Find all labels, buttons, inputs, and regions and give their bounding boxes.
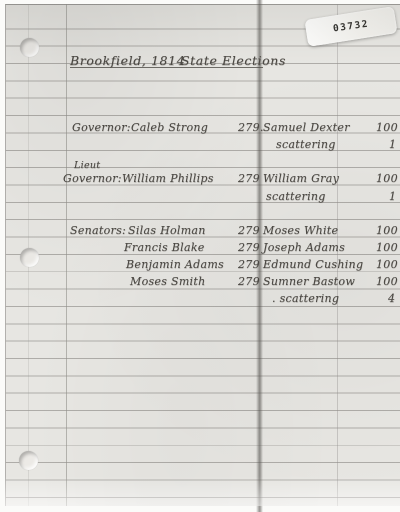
- candidate-name: William Phillips: [122, 172, 214, 185]
- title-underline: [70, 67, 263, 68]
- scanned-page: 03732 Brookfield, 1814 State Elections G…: [0, 0, 400, 512]
- office-label-lieut-governor: Governor:: [63, 172, 122, 185]
- candidate-name: Silas Holman: [128, 224, 206, 237]
- candidate-name: Joseph Adams: [263, 241, 345, 254]
- vote-count: 1: [389, 138, 396, 151]
- candidate-name: Francis Blake: [124, 241, 205, 254]
- office-label-governor: Governor:: [72, 121, 131, 134]
- vote-count: 4: [388, 292, 395, 305]
- vote-count: 279: [238, 258, 260, 271]
- candidate-name: William Gray: [263, 172, 339, 185]
- punch-hole-top: [20, 38, 39, 57]
- vote-count: 279.: [238, 121, 264, 134]
- punch-hole-middle: [20, 248, 39, 267]
- punch-hole-bottom: [19, 451, 38, 470]
- candidate-name: Sumner Bastow: [263, 275, 355, 288]
- vote-count: 100: [376, 258, 398, 271]
- candidate-name: Edmund Cushing: [263, 258, 363, 271]
- scattering-label: scattering: [276, 138, 336, 151]
- right-column-rule: [337, 4, 338, 506]
- vote-count: 100: [376, 172, 398, 185]
- vote-count: 100: [376, 275, 398, 288]
- vote-count: 279: [238, 172, 260, 185]
- vote-count: 100: [376, 241, 398, 254]
- office-label-lieut: Lieut: [74, 160, 100, 171]
- paper-sheet: [5, 4, 400, 506]
- office-label-senators: Senators:: [70, 224, 126, 237]
- candidate-name: Benjamin Adams: [126, 258, 224, 271]
- page-title-subject: State Elections: [181, 53, 286, 68]
- catalog-number: 03732: [332, 19, 369, 35]
- vote-count: 100: [376, 224, 398, 237]
- vote-count: 279: [238, 275, 260, 288]
- candidate-name: Samuel Dexter: [263, 121, 350, 134]
- vote-count: 100: [376, 121, 398, 134]
- vote-count: 279: [238, 241, 260, 254]
- vote-count: 279: [238, 224, 260, 237]
- candidate-name: Caleb Strong: [131, 121, 208, 134]
- candidate-name: Moses Smith: [130, 275, 205, 288]
- center-crease: [256, 0, 263, 512]
- candidate-name: Moses White: [263, 224, 338, 237]
- scattering-label: scattering: [266, 190, 326, 203]
- vote-count: 1: [389, 190, 396, 203]
- margin-rule: [66, 4, 67, 506]
- scattering-label: . scattering: [272, 292, 339, 305]
- page-title-place-year: Brookfield, 1814: [70, 53, 185, 68]
